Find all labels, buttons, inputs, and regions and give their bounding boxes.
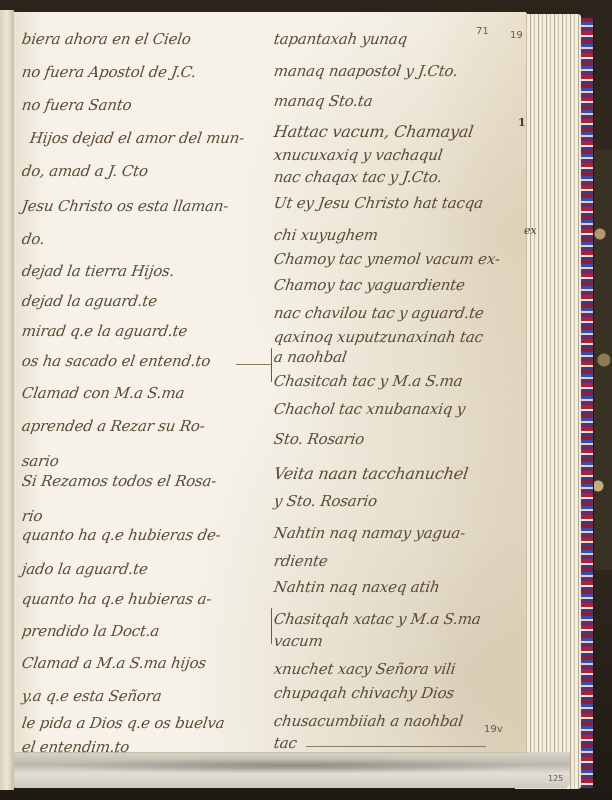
text-line: rio [21,507,44,525]
manuscript-page: 71 19 1 ex biera ahora en el Cielo no fu… [14,12,526,752]
bracket [271,608,272,644]
text-line: manaq Sto.ta [273,92,374,110]
text-line: aprended a Rezar su Ro- [21,417,206,435]
text-line: do. [21,230,46,248]
text-line: prendido la Doct.a [21,622,161,640]
text-line: xnuchet xacy Señora vili [273,660,457,678]
marbled-page-edge [580,18,594,788]
marbled-cover-board [592,150,612,570]
folio-number: 71 [476,26,489,37]
facing-page-gutter [0,10,14,790]
text-line: Jesu Christo os esta llaman- [21,197,230,215]
text-line: Clamad con M.a S.ma [21,384,186,402]
folio-number-secondary: 19 [510,30,523,41]
text-line: mirad q.e la aguard.te [21,322,189,340]
margin-mark: 1 [518,116,526,129]
text-line: no fuera Apostol de J.C. [21,63,198,81]
text-line: sario [21,452,60,470]
text-line: rdiente [273,552,329,570]
text-line: xnucuxaxiq y vachaqul [273,146,444,164]
text-line: chusacumbiiah a naohbal [273,712,464,730]
text-line: jado la aguard.te [21,560,149,578]
text-line: Nahtin naq namay yagua- [273,524,467,542]
text-line: do, amad a J. Cto [21,162,149,180]
water-stain [45,758,545,774]
text-line: Chasitqah xatac y M.a S.ma [273,610,482,628]
text-line: y.a q.e esta Señora [21,687,163,705]
text-line: le pida a Dios q.e os buelva [21,714,226,732]
text-line: Chamoy tac ynemol vacum ex- [273,250,501,268]
closing-line [306,746,486,747]
text-line: Hijos dejad el amor del mun- [29,129,246,147]
text-line: Chachol tac xnubanaxiq y [273,400,467,418]
text-line: tac [273,734,298,752]
text-line: chi xuyughem [273,226,379,244]
text-line: Si Rezamos todos el Rosa- [21,472,218,490]
lower-margin-number: 125 [548,774,563,783]
connector-line [236,364,272,365]
text-line: biera ahora en el Cielo [21,30,192,48]
text-line: tapantaxah yunaq [273,30,409,48]
text-line: nac chavilou tac y aguard.te [273,304,485,322]
text-line: nac chaqax tac y J.Cto. [273,168,444,186]
text-line: Chamoy tac yaguardiente [273,276,466,294]
text-line: dejad la aguard.te [21,292,158,310]
margin-mark: ex [524,224,537,237]
text-line: Ut ey Jesu Christo hat tacqa [273,194,484,212]
text-line: el entendim.to [21,738,131,756]
text-line: a naohbal [273,348,348,366]
text-line: dejad la tierra Hijos. [21,262,176,280]
text-line: quanto ha q.e hubieras de- [21,526,222,544]
text-line: Nahtin naq naxeq atih [273,578,441,596]
text-line: qaxinoq xuputzunaxinah tac [273,328,484,346]
text-line: os ha sacado el entend.to [21,352,212,370]
text-line: no fuera Santo [21,96,133,114]
text-line: Chasitcah tac y M.a S.ma [273,372,464,390]
text-line: chupaqah chivachy Dios [273,684,456,702]
page-annotation: 19v [484,724,503,735]
text-line: manaq naapostol y J.Cto. [273,62,459,80]
text-line: Veita naan tacchanuchel [273,464,470,483]
text-line: Hattac vacum, Chamayal [273,122,475,141]
text-line: y Sto. Rosario [273,492,379,510]
text-line: Sto. Rosario [273,430,366,448]
text-line: vacum [273,632,324,650]
text-line: Clamad a M.a S.ma hijos [21,654,208,672]
text-line: quanto ha q.e hubieras a- [21,590,213,608]
